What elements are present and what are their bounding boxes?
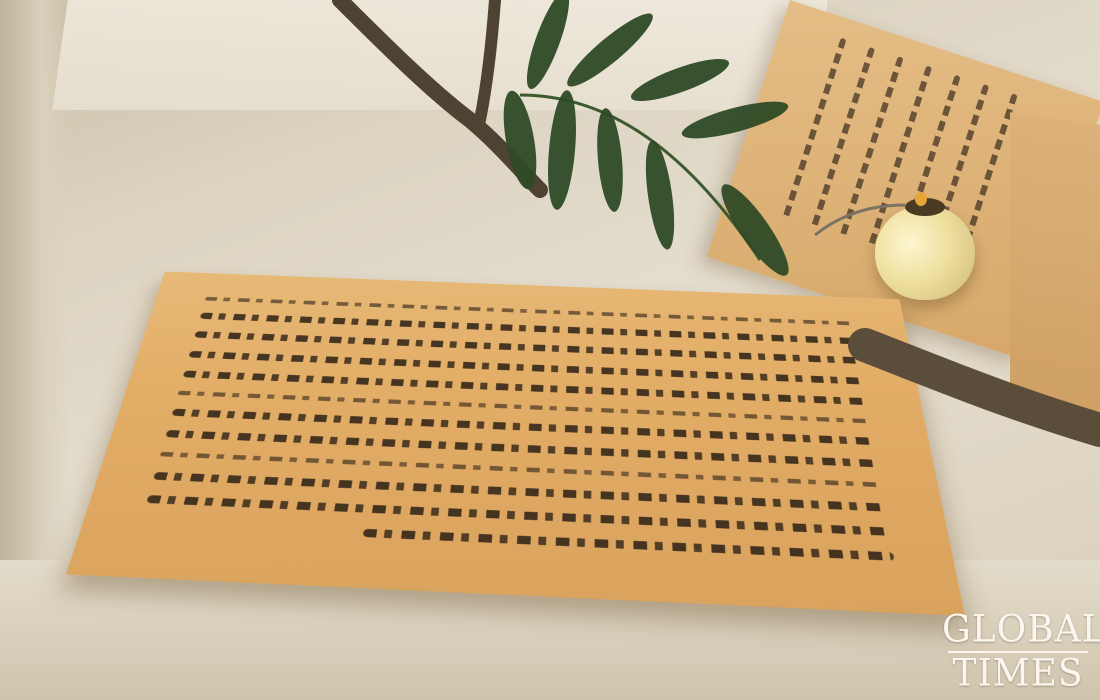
global-times-watermark: GLOBAL TIMES (942, 612, 1094, 692)
photo-scene: GLOBAL TIMES (0, 0, 1100, 700)
branch-with-leaves (0, 0, 1100, 700)
watermark-line-2: TIMES (942, 655, 1094, 693)
watermark-line-1: GLOBAL (942, 611, 1094, 649)
